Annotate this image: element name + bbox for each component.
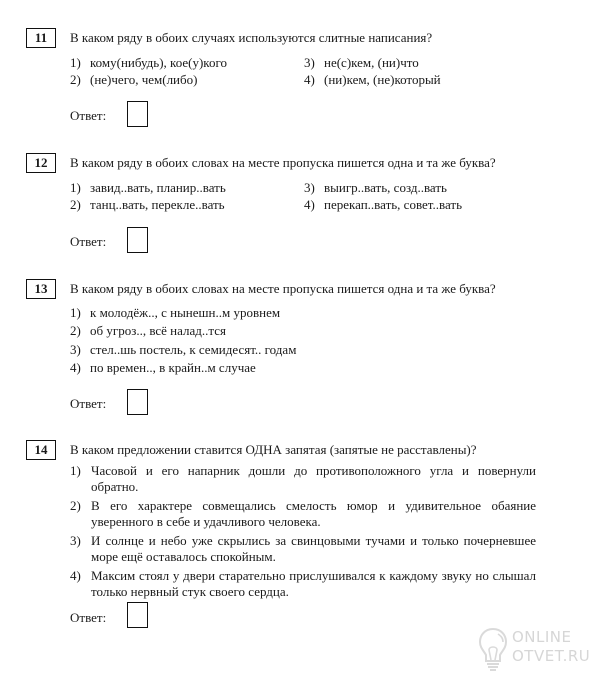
option-1[interactable]: 1)Часовой и его напарник дошли до против… xyxy=(70,463,536,495)
option-number: 3) xyxy=(70,342,90,358)
option-text: Часовой и его напарник дошли до противоп… xyxy=(91,463,536,495)
option-number: 4) xyxy=(70,568,81,584)
option-number: 3) xyxy=(304,55,324,71)
answer-box[interactable] xyxy=(127,227,148,253)
option-number: 4) xyxy=(304,197,324,213)
answer-label: Ответ: xyxy=(70,610,106,626)
option-3[interactable]: 3)И солнце и небо уже скрылись за свинцо… xyxy=(70,533,536,565)
option-2[interactable]: 2)об угроз.., всё налад..тся xyxy=(70,323,226,339)
option-number: 1) xyxy=(70,55,90,71)
option-number: 2) xyxy=(70,72,90,88)
option-number: 1) xyxy=(70,305,90,321)
option-number: 1) xyxy=(70,463,81,479)
task-number: 12 xyxy=(26,153,56,173)
option-number: 3) xyxy=(70,533,81,549)
option-text: (не)чего, чем(либо) xyxy=(90,72,197,87)
task-number: 11 xyxy=(26,28,56,48)
option-number: 4) xyxy=(304,72,324,88)
watermark: ONLINE OTVET.RU xyxy=(478,626,590,676)
question-text: В каком предложении ставится ОДНА запята… xyxy=(70,442,477,458)
option-2[interactable]: 2)танц..вать, перекле..вать xyxy=(70,197,225,213)
option-1[interactable]: 1)завид..вать, планир..вать xyxy=(70,180,226,196)
option-text: перекап..вать, совет..вать xyxy=(324,197,462,212)
option-text: кому(нибудь), кое(у)кого xyxy=(90,55,227,70)
option-2[interactable]: 2)(не)чего, чем(либо) xyxy=(70,72,197,88)
option-text: стел..шь постель, к семидесят.. годам xyxy=(90,342,296,357)
option-text: Максим стоял у двери старательно прислуш… xyxy=(91,568,536,600)
option-text: В его характере совмещались смелость юмо… xyxy=(91,498,536,530)
option-number: 4) xyxy=(70,360,90,376)
option-text: танц..вать, перекле..вать xyxy=(90,197,225,212)
task-number: 14 xyxy=(26,440,56,460)
option-3[interactable]: 3)стел..шь постель, к семидесят.. годам xyxy=(70,342,296,358)
answer-label: Ответ: xyxy=(70,396,106,412)
answer-box[interactable] xyxy=(127,101,148,127)
watermark-line-1: ONLINE xyxy=(512,628,590,647)
option-number: 2) xyxy=(70,197,90,213)
answer-label: Ответ: xyxy=(70,108,106,124)
answer-box[interactable] xyxy=(127,389,148,415)
question-text: В каком ряду в обоих случаях используютс… xyxy=(70,30,432,46)
option-4[interactable]: 4)Максим стоял у двери старательно присл… xyxy=(70,568,536,600)
option-text: об угроз.., всё налад..тся xyxy=(90,323,226,338)
answer-box[interactable] xyxy=(127,602,148,628)
option-number: 2) xyxy=(70,498,81,514)
question-text: В каком ряду в обоих словах на месте про… xyxy=(70,155,496,171)
option-3[interactable]: 3)выигр..вать, созд..вать xyxy=(304,180,447,196)
option-text: по времен.., в крайн..м случае xyxy=(90,360,256,375)
option-1[interactable]: 1)кому(нибудь), кое(у)кого xyxy=(70,55,227,71)
task-number: 13 xyxy=(26,279,56,299)
option-4[interactable]: 4)(ни)кем, (не)который xyxy=(304,72,441,88)
option-text: выигр..вать, созд..вать xyxy=(324,180,447,195)
lightbulb-icon xyxy=(478,626,508,674)
option-number: 2) xyxy=(70,323,90,339)
option-number: 1) xyxy=(70,180,90,196)
option-text: не(с)кем, (ни)что xyxy=(324,55,419,70)
option-1[interactable]: 1)к молодёж.., с нынешн..м уровнем xyxy=(70,305,280,321)
watermark-line-2: OTVET.RU xyxy=(512,647,590,666)
option-text: И солнце и небо уже скрылись за свинцовы… xyxy=(91,533,536,565)
answer-label: Ответ: xyxy=(70,234,106,250)
option-number: 3) xyxy=(304,180,324,196)
watermark-text: ONLINE OTVET.RU xyxy=(512,628,590,666)
question-text: В каком ряду в обоих словах на месте про… xyxy=(70,281,496,297)
option-4[interactable]: 4)перекап..вать, совет..вать xyxy=(304,197,462,213)
option-text: завид..вать, планир..вать xyxy=(90,180,226,195)
option-2[interactable]: 2)В его характере совмещались смелость ю… xyxy=(70,498,536,530)
option-4[interactable]: 4)по времен.., в крайн..м случае xyxy=(70,360,256,376)
option-3[interactable]: 3)не(с)кем, (ни)что xyxy=(304,55,419,71)
option-text: (ни)кем, (не)который xyxy=(324,72,441,87)
option-text: к молодёж.., с нынешн..м уровнем xyxy=(90,305,280,320)
